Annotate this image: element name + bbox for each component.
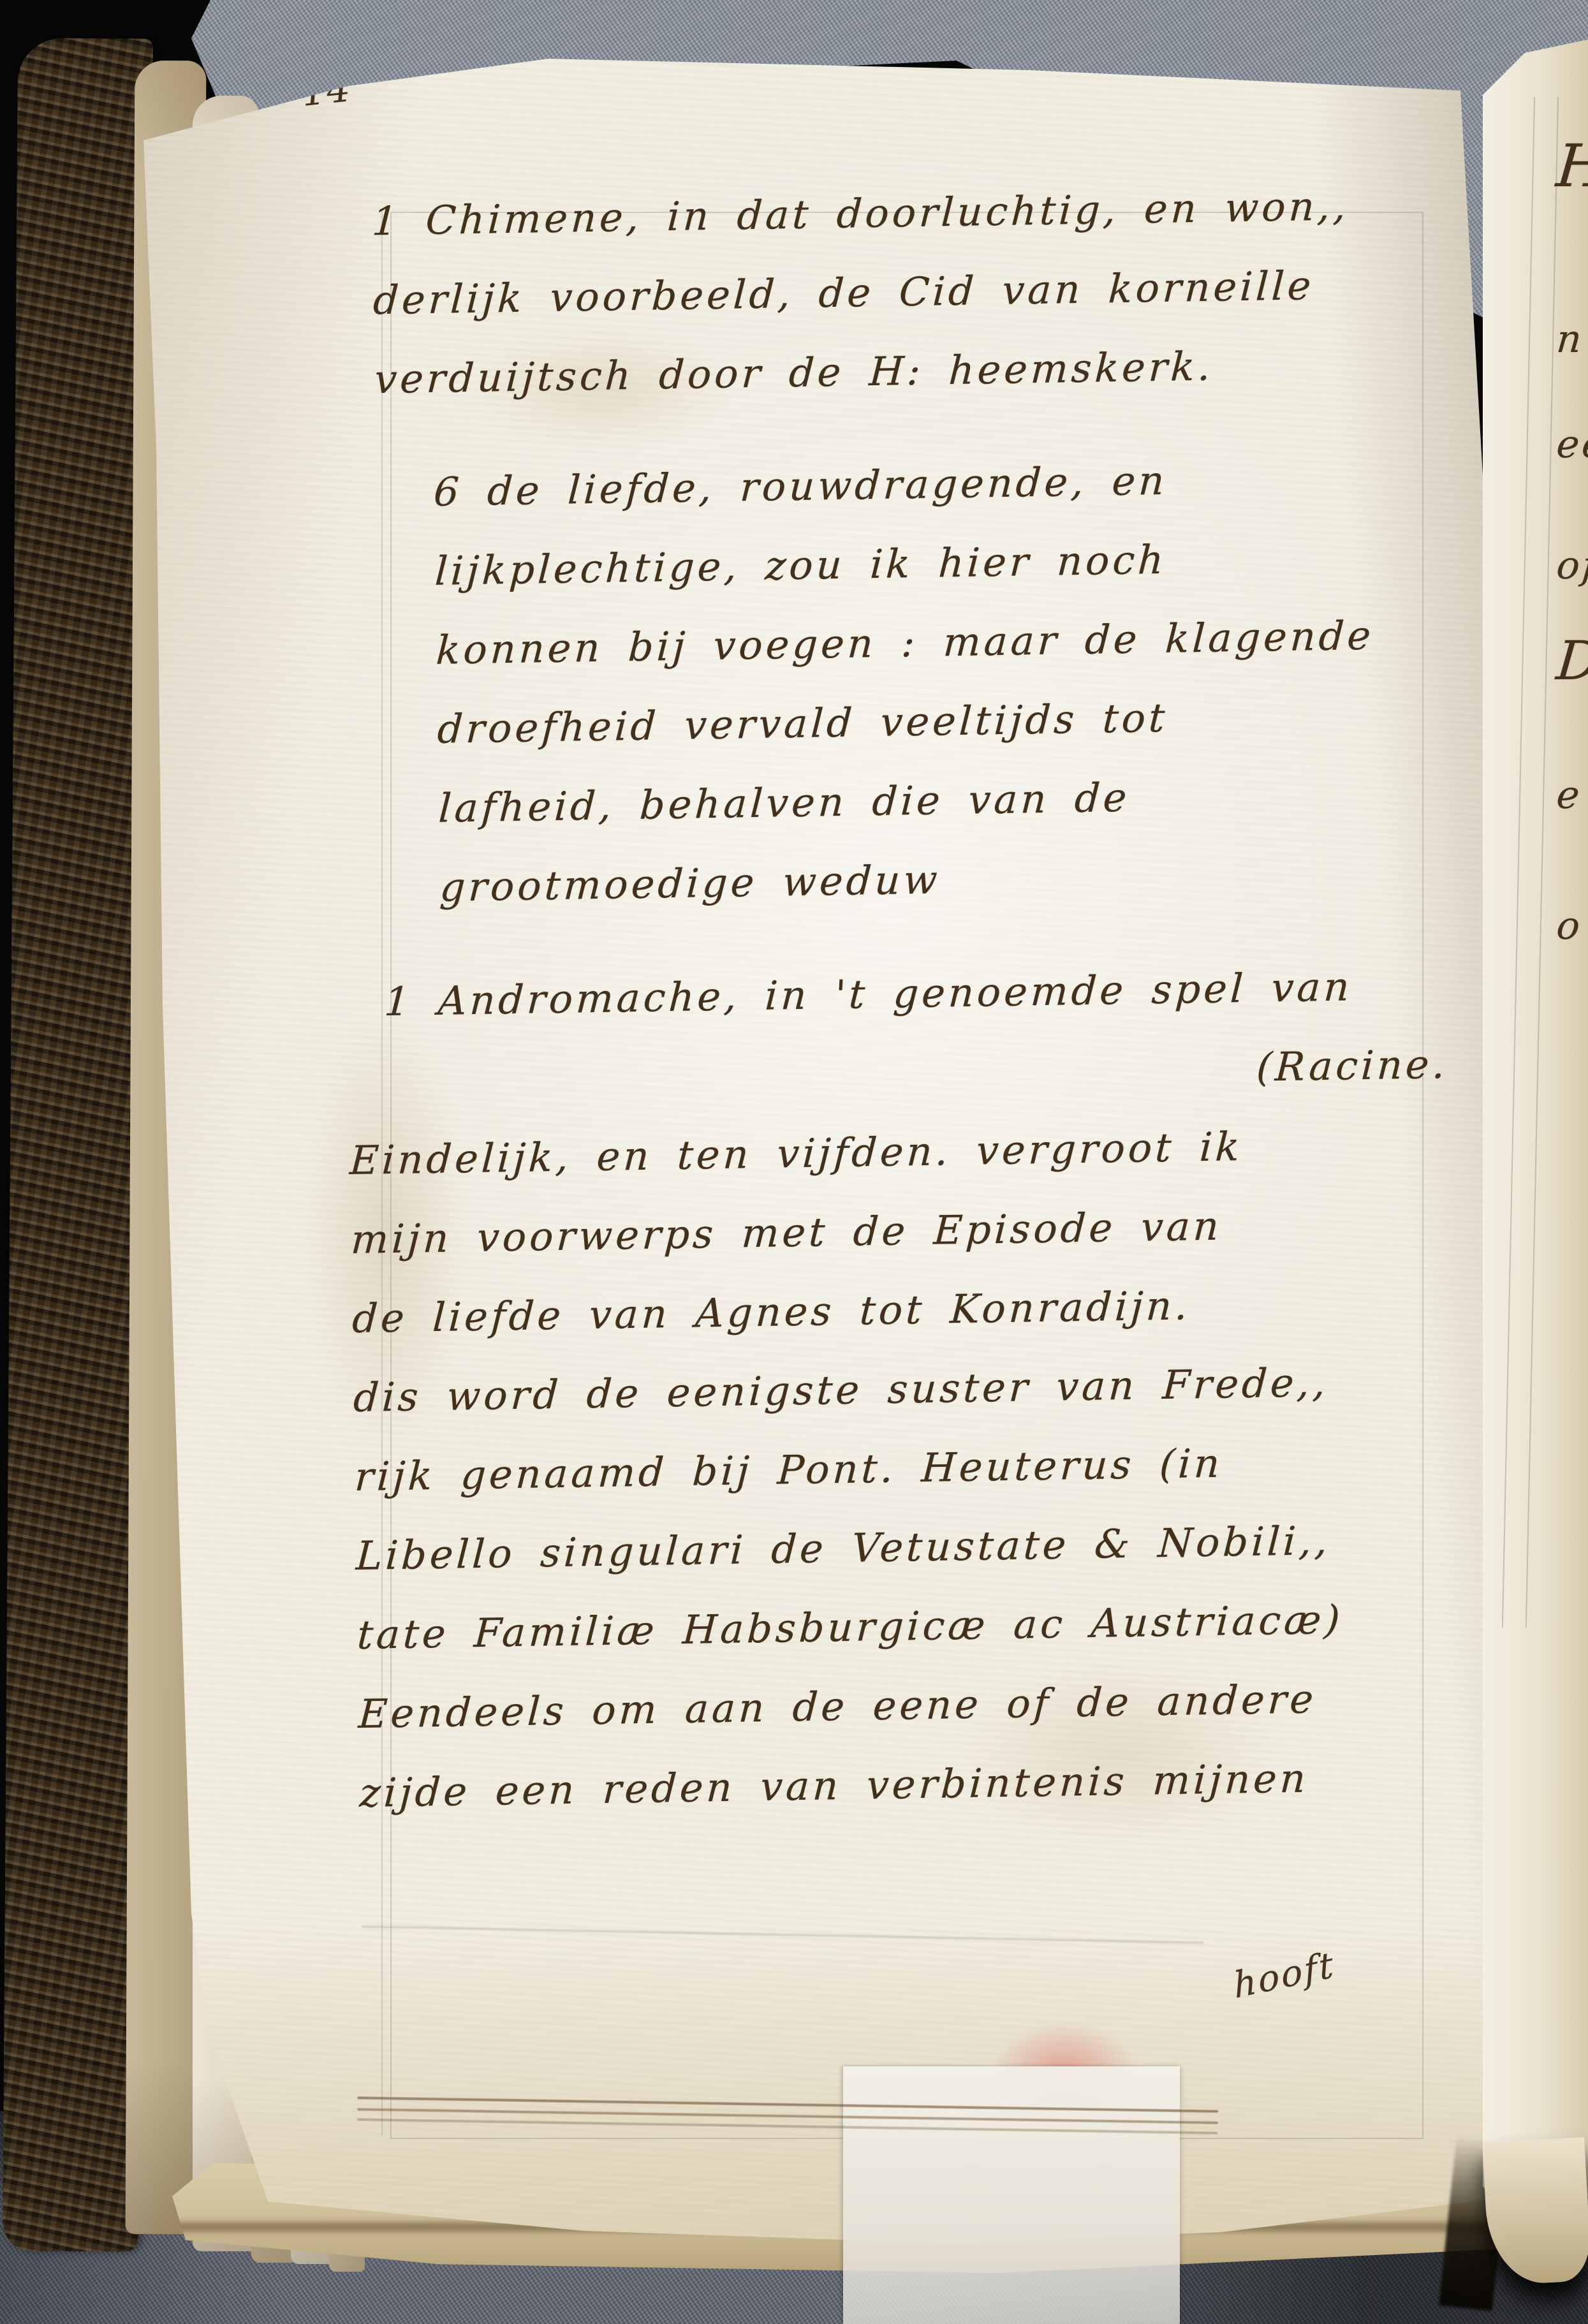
manuscript-line: verduijtsch door de H: heemskerk.: [373, 332, 1481, 409]
facing-page-text-fragment: e: [1555, 773, 1588, 818]
facing-page-sliver: HneeofDeo: [1483, 40, 1588, 2253]
manuscript-line: 6 de liefde, rouwdragende, en: [432, 445, 1483, 522]
manuscript-line: dis word de eenigste suster van Frede,,: [352, 1350, 1497, 1427]
manuscript-text-block: 1 Chimene, in dat doorluchtig, en won,,d…: [335, 173, 1502, 1842]
manuscript-line: derlijk voorbeeld, de Cid van korneille: [372, 253, 1480, 330]
manuscript-line: droefheid vervald veeltijds tot: [436, 682, 1486, 759]
manuscript-line: de liefde van Agnes tot Konradijn.: [351, 1270, 1496, 1348]
manuscript-line: 1 Andromache, in 't genoemde spel van: [383, 954, 1490, 1031]
manuscript-line: rijk genaamd bij Pont. Heuterus (in: [353, 1429, 1498, 1506]
manuscript-line: 1 Chimene, in dat doorluchtig, en won,,: [371, 173, 1478, 251]
facing-page-text-fragment: n: [1555, 317, 1588, 362]
manuscript-line: grootmoedige weduw: [438, 841, 1489, 917]
manuscript-line: lafheid, behalven die van de: [437, 761, 1487, 838]
manuscript-line: Eindelijk, en ten vijfden. vergroot ik: [348, 1112, 1493, 1190]
facing-page-text-fragment: ee: [1555, 422, 1588, 467]
manuscript-line: mijn voorwerps met de Episode van: [349, 1191, 1494, 1269]
manuscript-line: Eendeels om aan de eene of de andere: [357, 1666, 1502, 1744]
photo-of-open-manuscript-book: 14 1 Chimene, in dat doorluchtig, en won…: [0, 0, 1588, 2324]
manuscript-line: konnen bij voegen : maar de klagende: [435, 603, 1485, 680]
facing-page-text-fragment: D: [1554, 629, 1588, 692]
manuscript-line: zijde een reden van verbintenis mijnen: [358, 1745, 1503, 1823]
manuscript-line: Libello singulari de Vetustate & Nobili,…: [355, 1508, 1499, 1585]
facing-page-text-fragment: o: [1555, 904, 1588, 948]
facing-page-text-fragment: of: [1555, 543, 1588, 588]
faint-pencil-line: [1526, 97, 1559, 1628]
manuscript-line: (Racine.: [347, 1034, 1450, 1111]
facing-page-text-fragment: H: [1554, 132, 1588, 200]
manuscript-line: lijkplechtige, zou ik hier noch: [434, 524, 1484, 601]
manuscript-page: 14 1 Chimene, in dat doorluchtig, en won…: [137, 51, 1508, 2270]
manuscript-line: tate Familiæ Habsburgicæ ac Austriacæ): [356, 1587, 1501, 1665]
